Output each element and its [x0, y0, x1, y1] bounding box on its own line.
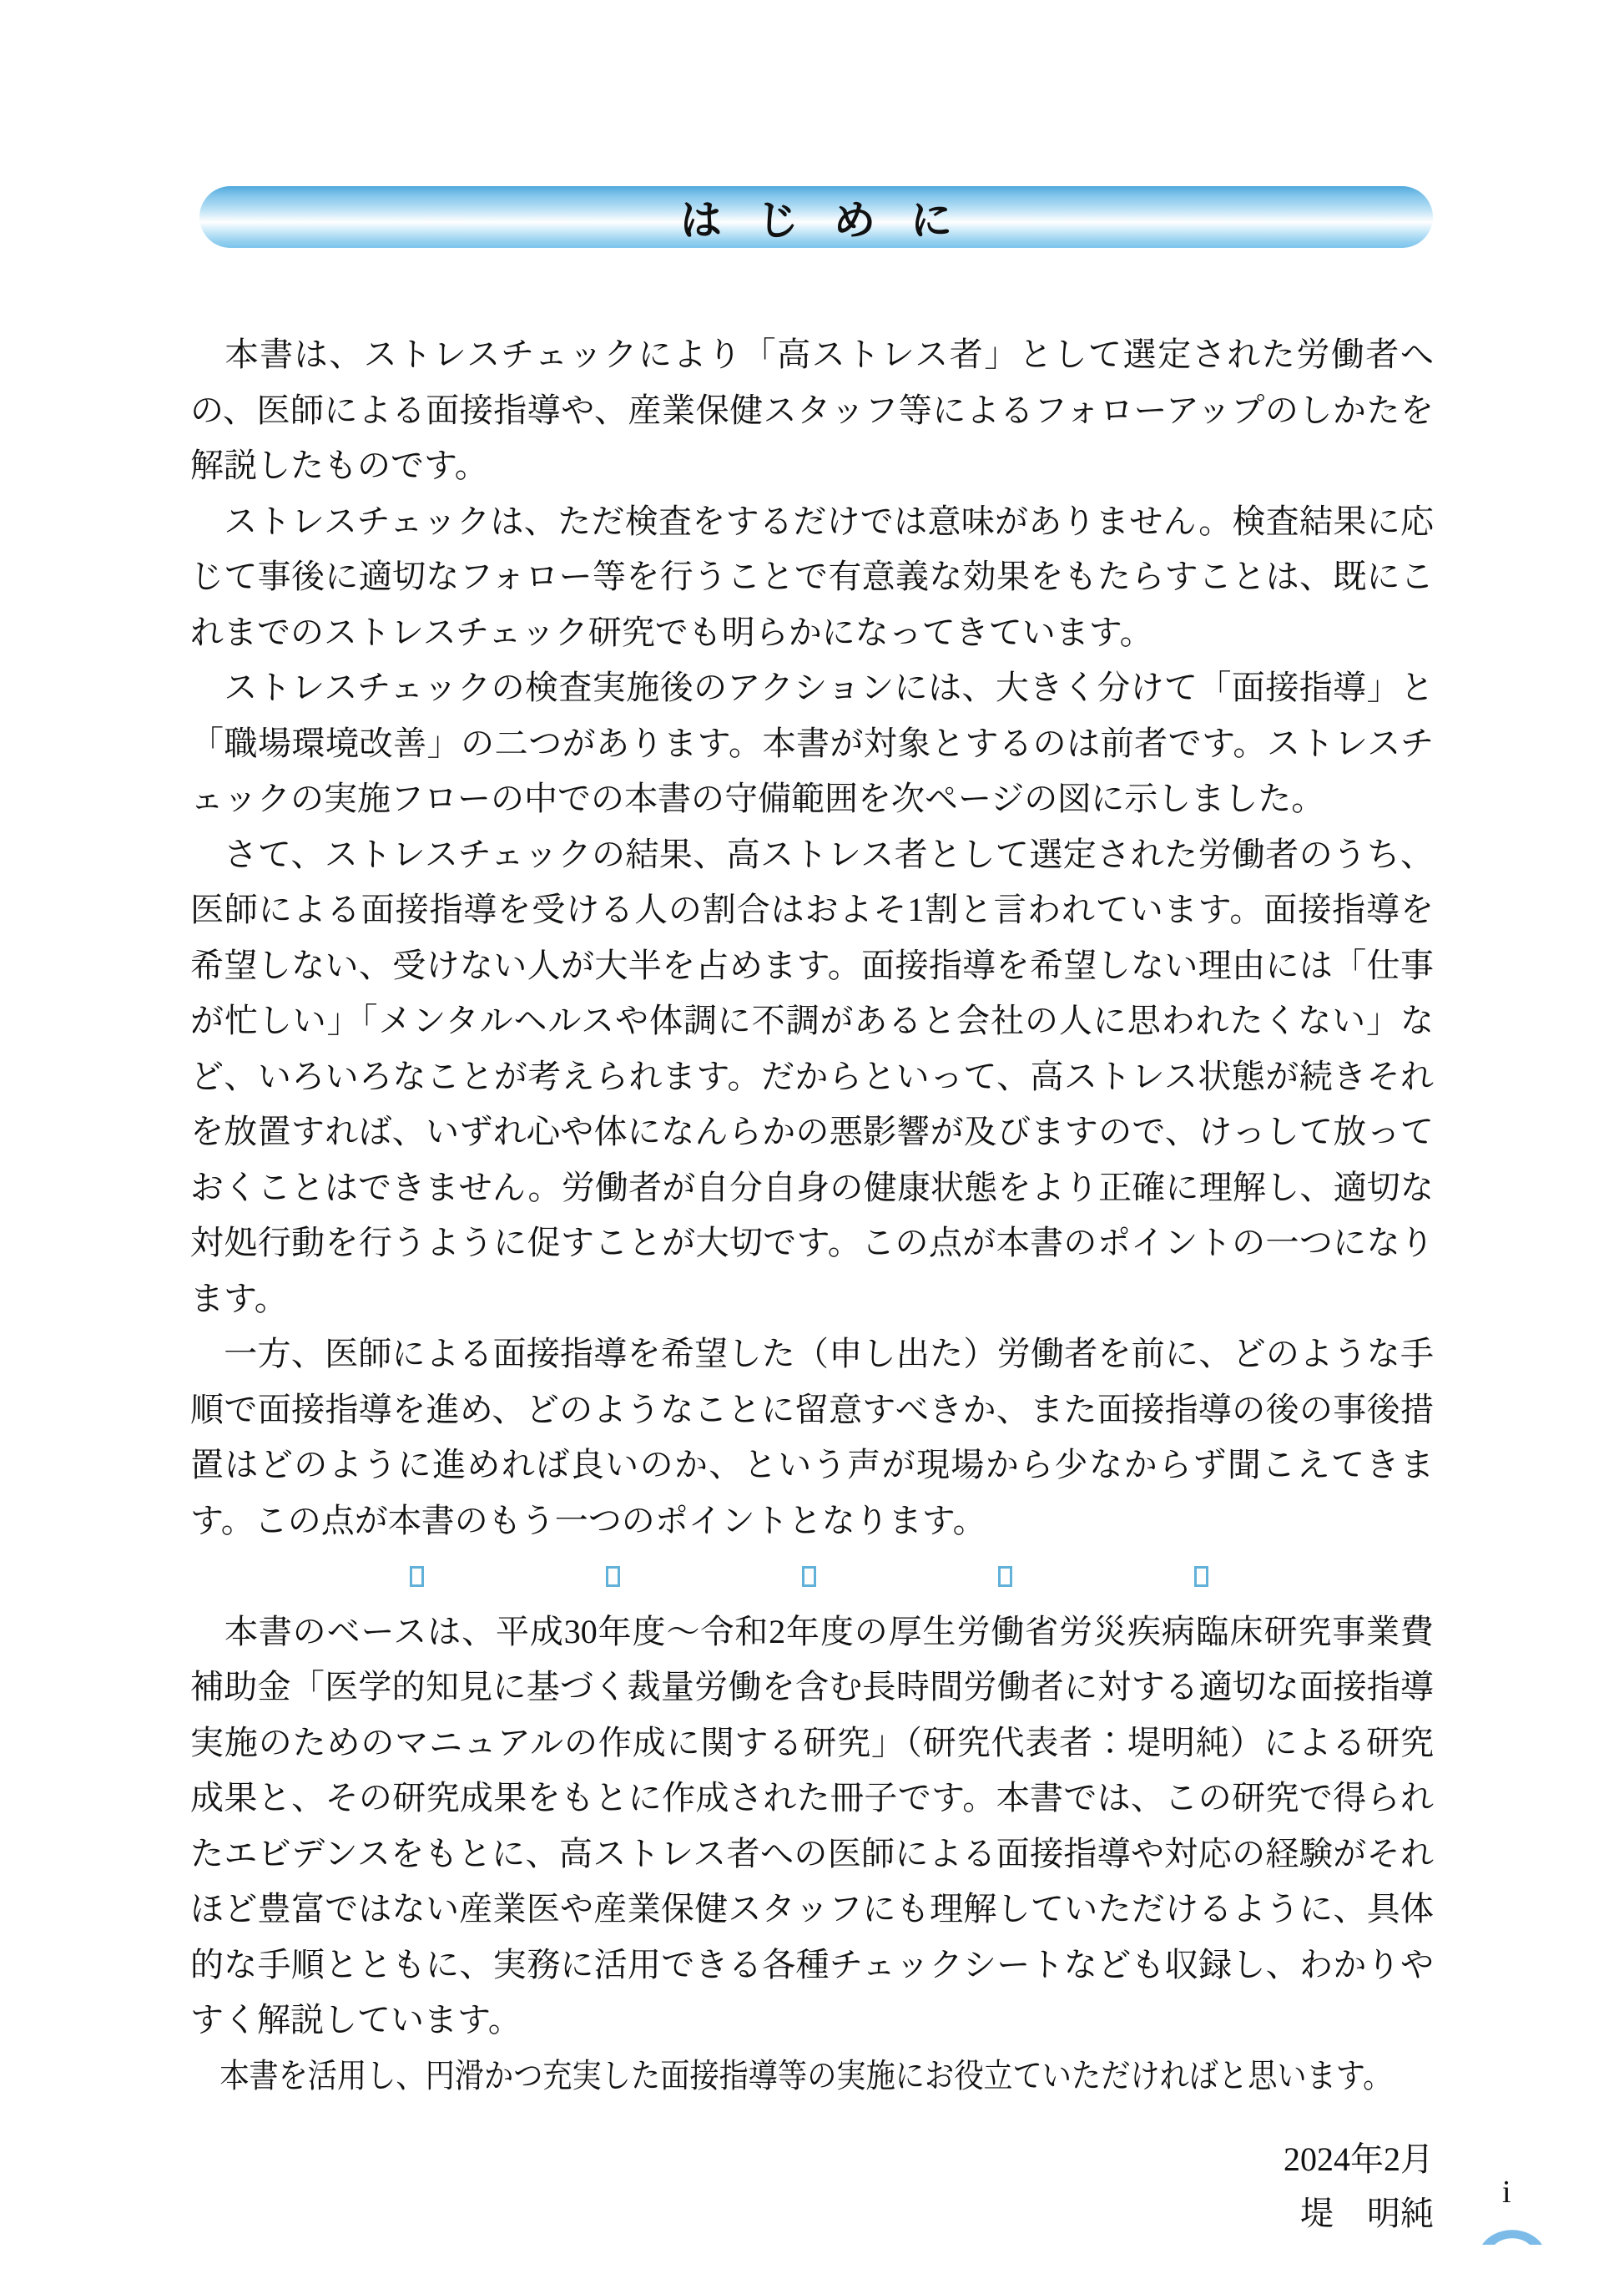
page-title: はじめに	[680, 187, 987, 247]
paragraph: 本書は、ストレスチェックにより「高ストレス者」として選定された労働者への、医師に…	[190, 327, 1434, 494]
author-name: 堤 明純	[190, 2186, 1434, 2241]
paragraph: 本書のベースは、平成30年度～令和2年度の厚生労働省労災疾病臨床研究事業費補助金…	[190, 1604, 1434, 2049]
paragraph: 本書を活用し、円滑かつ充実した面接指導等の実施にお役立ていただければと思います。	[190, 2049, 1284, 2105]
paragraphs-top: 本書は、ストレスチェックにより「高ストレス者」として選定された労働者への、医師に…	[190, 327, 1434, 1549]
separator-square-icon	[802, 1566, 816, 1587]
signoff-block: 2024年2月 堤 明純	[190, 2132, 1434, 2241]
section-separator	[410, 1549, 1208, 1604]
footer-arc-decoration	[1480, 2224, 1544, 2246]
paragraph: 一方、医師による面接指導を希望した（申し出た）労働者を前に、どのような手順で面接…	[190, 1326, 1434, 1549]
paragraph: さて、ストレスチェックの結果、高ストレス者として選定された労働者のうち、医師によ…	[190, 827, 1434, 1327]
body-text: 本書は、ストレスチェックにより「高ストレス者」として選定された労働者への、医師に…	[190, 327, 1434, 2241]
publication-date: 2024年2月	[190, 2132, 1434, 2186]
paragraphs-bottom: 本書のベースは、平成30年度～令和2年度の厚生労働省労災疾病臨床研究事業費補助金…	[190, 1604, 1434, 2105]
section-header-banner: はじめに	[199, 186, 1433, 248]
document-page: はじめに 本書は、ストレスチェックにより「高ストレス者」として選定された労働者へ…	[0, 0, 1624, 2294]
separator-square-icon	[998, 1566, 1012, 1587]
separator-square-icon	[410, 1566, 424, 1587]
separator-square-icon	[606, 1566, 620, 1587]
separator-square-icon	[1194, 1566, 1208, 1587]
paragraph: ストレスチェックは、ただ検査をするだけでは意味がありません。検査結果に応じて事後…	[190, 494, 1434, 661]
page-number: i	[1502, 2175, 1511, 2209]
paragraph: ストレスチェックの検査実施後のアクションには、大きく分けて「面接指導」と「職場環…	[190, 660, 1434, 827]
